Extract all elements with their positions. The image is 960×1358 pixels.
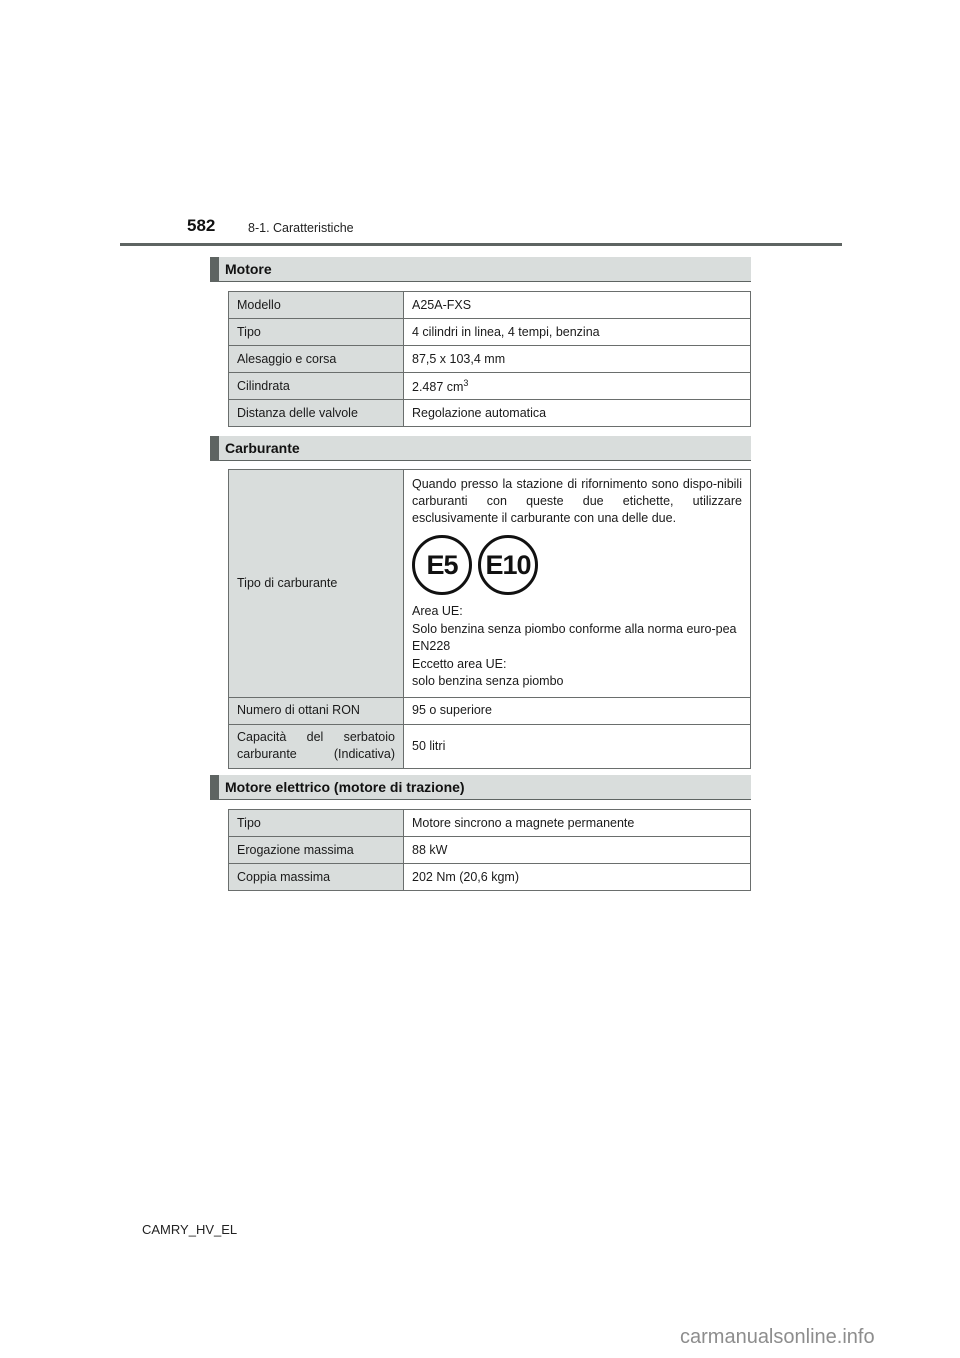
fuel-spec-table: Tipo di carburante Quando presso la staz… — [228, 469, 751, 769]
table-row: Modello A25A-FXS — [229, 292, 751, 319]
row-value: 87,5 x 103,4 mm — [404, 346, 751, 373]
row-label: Tipo di carburante — [229, 470, 404, 698]
table-row: Tipo di carburante Quando presso la staz… — [229, 470, 751, 698]
table-row: Alesaggio e corsa 87,5 x 103,4 mm — [229, 346, 751, 373]
superscript: 3 — [463, 378, 468, 388]
section-heading-electric-motor: Motore elettrico (motore di trazione) — [210, 775, 751, 800]
row-label: Tipo — [229, 319, 404, 346]
note-line: solo benzina senza piombo — [412, 673, 742, 691]
section-title: Motore elettrico (motore di trazione) — [225, 779, 465, 795]
row-label: Erogazione massima — [229, 837, 404, 864]
table-row: Tipo 4 cilindri in linea, 4 tempi, benzi… — [229, 319, 751, 346]
fuel-notes: Area UE: Solo benzina senza piombo confo… — [412, 603, 742, 697]
fuel-label-e10-icon: E10 — [478, 535, 538, 595]
table-row: Cilindrata 2.487 cm3 — [229, 373, 751, 400]
row-value: Motore sincrono a magnete permanente — [404, 810, 751, 837]
fuel-description: Quando presso la stazione di riforniment… — [412, 470, 742, 527]
heading-accent-bar — [210, 775, 219, 799]
header-divider — [120, 243, 842, 246]
row-label: Cilindrata — [229, 373, 404, 400]
page-number: 582 — [187, 216, 215, 236]
fuel-label-e5-icon: E5 — [412, 535, 472, 595]
row-value: 2.487 cm3 — [404, 373, 751, 400]
row-label: Distanza delle valvole — [229, 400, 404, 427]
table-row: Coppia massima 202 Nm (20,6 kgm) — [229, 864, 751, 891]
row-value: 95 o superiore — [404, 697, 751, 724]
table-row: Capacità del serbatoio carburante (Indic… — [229, 724, 751, 768]
row-value: 4 cilindri in linea, 4 tempi, benzina — [404, 319, 751, 346]
table-row: Tipo Motore sincrono a magnete permanent… — [229, 810, 751, 837]
row-label: Coppia massima — [229, 864, 404, 891]
engine-spec-table: Modello A25A-FXS Tipo 4 cilindri in line… — [228, 291, 751, 427]
heading-accent-bar — [210, 257, 219, 281]
note-line: Solo benzina senza piombo conforme alla … — [412, 621, 742, 656]
table-row: Erogazione massima 88 kW — [229, 837, 751, 864]
row-value: 88 kW — [404, 837, 751, 864]
electric-motor-spec-table: Tipo Motore sincrono a magnete permanent… — [228, 809, 751, 891]
section-heading-fuel: Carburante — [210, 436, 751, 461]
table-row: Numero di ottani RON 95 o superiore — [229, 697, 751, 724]
watermark: carmanualsonline.info — [680, 1326, 875, 1349]
row-value: A25A-FXS — [404, 292, 751, 319]
row-value: Quando presso la stazione di riforniment… — [404, 470, 751, 698]
row-label: Modello — [229, 292, 404, 319]
row-label: Numero di ottani RON — [229, 697, 404, 724]
table-row: Distanza delle valvole Regolazione autom… — [229, 400, 751, 427]
section-title: Carburante — [225, 440, 300, 456]
row-value: 202 Nm (20,6 kgm) — [404, 864, 751, 891]
row-label: Tipo — [229, 810, 404, 837]
section-heading-engine: Motore — [210, 257, 751, 282]
note-line: Eccetto area UE: — [412, 656, 742, 674]
document-code: CAMRY_HV_EL — [142, 1222, 237, 1237]
fuel-labels: E5 E10 — [412, 535, 742, 595]
section-title: Motore — [225, 261, 272, 277]
note-line: Area UE: — [412, 603, 742, 621]
heading-accent-bar — [210, 436, 219, 460]
displacement-value: 2.487 cm — [412, 381, 463, 395]
row-value: Regolazione automatica — [404, 400, 751, 427]
row-value: 50 litri — [404, 724, 751, 768]
row-label: Alesaggio e corsa — [229, 346, 404, 373]
chapter-title: 8-1. Caratteristiche — [248, 221, 354, 235]
row-label: Capacità del serbatoio carburante (Indic… — [229, 724, 404, 768]
